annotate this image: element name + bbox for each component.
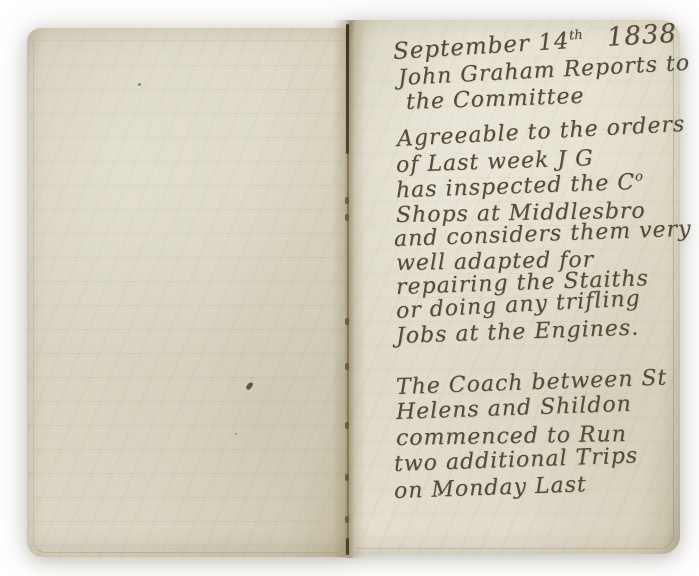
open-notebook: September 14th1838 John Graham Reports t… <box>14 14 686 562</box>
ruled-lines <box>348 20 680 554</box>
photo-background: September 14th1838 John Graham Reports t… <box>0 0 699 576</box>
stitch-knot <box>345 474 349 481</box>
binding-stitch-thread <box>346 538 349 555</box>
paper-texture <box>348 20 680 554</box>
stitch-knot <box>345 197 349 204</box>
page-right-written <box>348 20 680 554</box>
stitch-knot <box>345 363 349 370</box>
stitch-knot <box>345 516 349 523</box>
binding-stitch-thread <box>346 24 349 154</box>
ruled-lines <box>27 28 350 557</box>
paper-texture <box>27 28 350 557</box>
stitch-knot <box>345 214 349 221</box>
stitch-knot <box>345 318 349 325</box>
page-left-blank <box>27 28 350 557</box>
stitch-knot <box>345 422 349 429</box>
